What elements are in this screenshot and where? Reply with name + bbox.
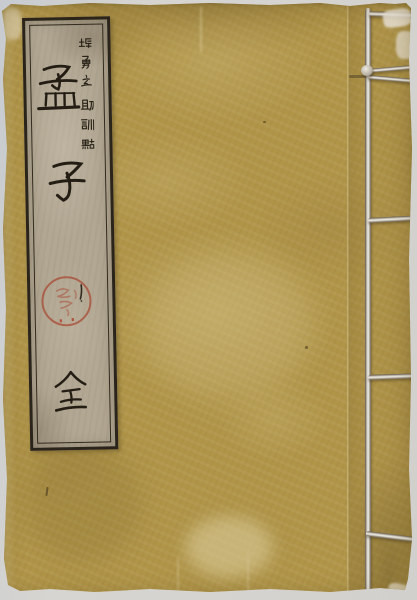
cover-crease xyxy=(247,553,249,595)
spine-crease xyxy=(347,5,350,595)
kanji-yu-glyph xyxy=(79,55,93,69)
red-seal xyxy=(38,273,95,330)
kanji-jo-glyph xyxy=(80,98,94,112)
kanji-kun-glyph xyxy=(80,118,94,132)
kanji-zen-glyph xyxy=(51,368,90,417)
title-label: 堀 勇 之 助 xyxy=(22,16,118,451)
annotation-char: 點 xyxy=(80,138,94,152)
cover-stain xyxy=(142,253,312,403)
ink-speck xyxy=(45,487,48,496)
cover-stain xyxy=(185,516,273,578)
kanji-no-glyph xyxy=(79,74,93,88)
title-char-zi: 子 xyxy=(47,158,88,205)
annotation-char: 堀 xyxy=(78,36,92,50)
binding-thread-vertical xyxy=(365,8,371,598)
photo-background: 堀 勇 之 助 xyxy=(0,0,417,600)
kanji-hori-glyph xyxy=(78,36,92,50)
ink-speck xyxy=(305,346,308,349)
cover-crease xyxy=(177,559,179,595)
kanji-zi-glyph xyxy=(47,158,88,205)
volume-char-zen: 全 xyxy=(51,368,90,417)
title-char-meng: 孟 xyxy=(36,62,81,113)
kanji-ten-glyph xyxy=(80,138,94,152)
brush-mark-icon xyxy=(78,284,84,302)
cover-stain xyxy=(22,443,142,563)
ink-mark xyxy=(78,284,84,302)
kanji-meng-glyph xyxy=(36,62,81,113)
annotation-char: 勇 xyxy=(79,55,93,69)
binding-knot xyxy=(361,65,373,76)
spine-strip xyxy=(350,3,414,597)
annotation-char: 訓 xyxy=(80,118,94,132)
ink-speck xyxy=(263,121,266,123)
annotation-char: 之 xyxy=(79,74,93,88)
annotation-char: 助 xyxy=(80,98,94,112)
cover-crease xyxy=(200,6,202,52)
worn-left-edge xyxy=(2,3,16,597)
seal-stamp-icon xyxy=(38,273,95,330)
book-cover: 堀 勇 之 助 xyxy=(2,3,414,597)
